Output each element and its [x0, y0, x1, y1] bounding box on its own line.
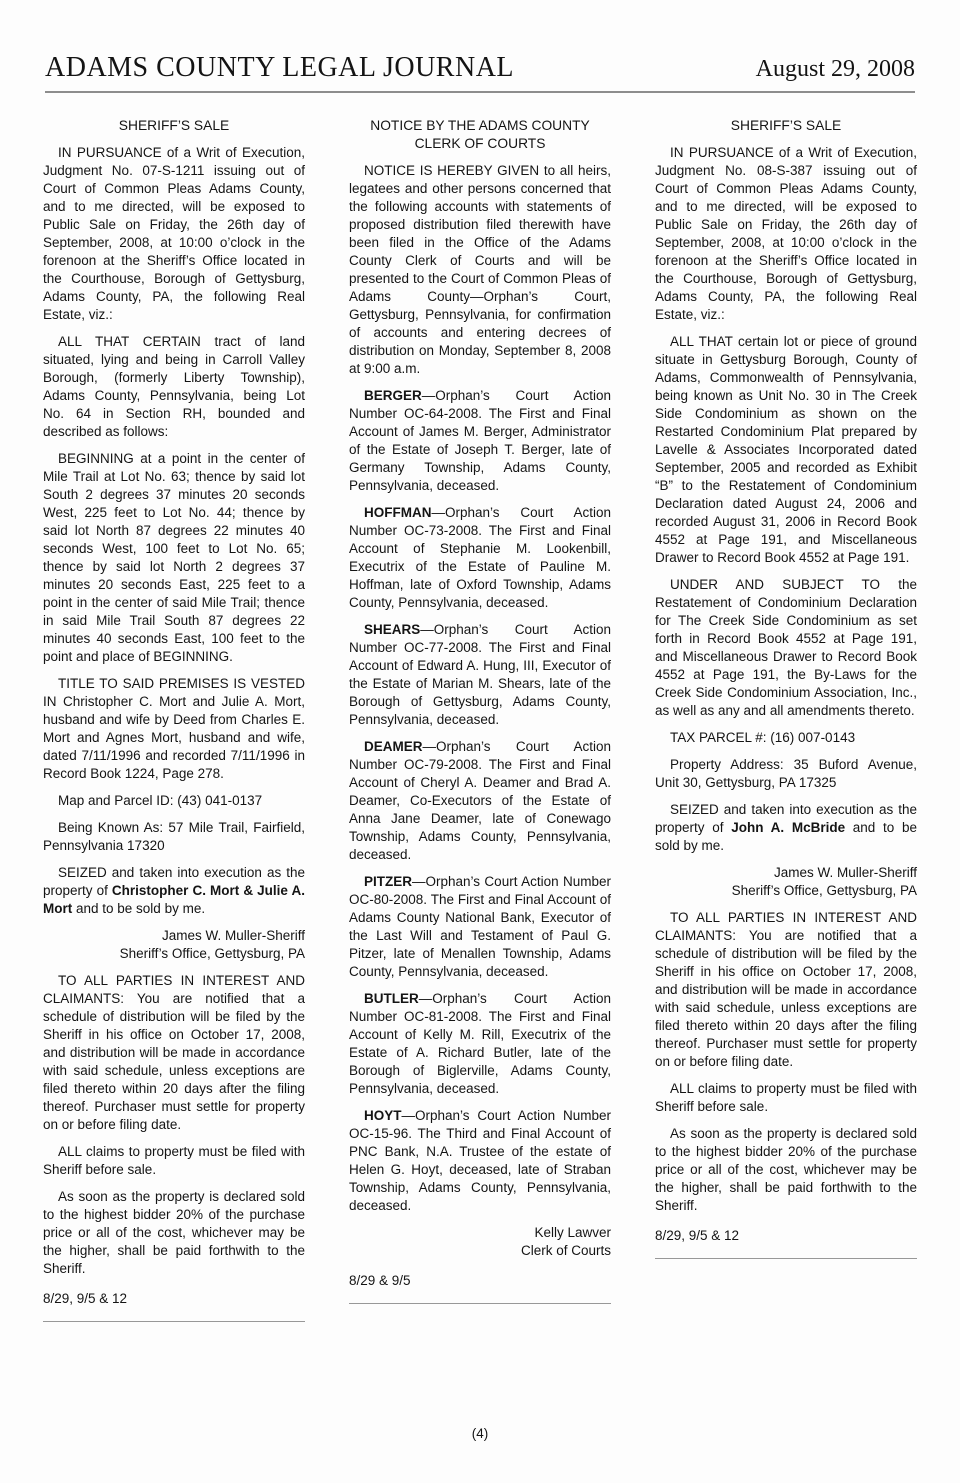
text-run: —Orphan’s Court Action Number OC-15-96. …: [349, 1108, 611, 1213]
issue-date: August 29, 2008: [756, 54, 915, 84]
text-run: TAX PARCEL #: (16) 007-0143: [670, 730, 855, 745]
text-run: —Orphan’s Court Action Number OC-64-2008…: [349, 388, 611, 493]
bidder-paragraph: As soon as the property is declared sold…: [655, 1125, 917, 1215]
text-run: TO ALL PARTIES IN INTEREST AND CLAIMANTS…: [655, 910, 917, 1069]
text-run: ALL claims to property must be filed wit…: [43, 1144, 305, 1177]
text-run: —Orphan’s Court Action Number OC-79-2008…: [349, 739, 611, 862]
bold-text: HOFFMAN: [364, 505, 432, 520]
page-header: ADAMS COUNTY LEGAL JOURNAL August 29, 20…: [0, 0, 960, 84]
estate-entry-hoyt: HOYT—Orphan’s Court Action Number OC-15-…: [349, 1107, 611, 1215]
pursuance-paragraph: IN PURSUANCE of a Writ of Execution, Jud…: [43, 144, 305, 324]
under-subject-paragraph: UNDER AND SUBJECT TO the Restatement of …: [655, 576, 917, 720]
parcel-id-paragraph: Map and Parcel ID: (43) 041-0137: [43, 792, 305, 810]
estate-entry-pitzer: PITZER—Orphan’s Court Action Number OC-8…: [349, 873, 611, 981]
text-run: IN PURSUANCE of a Writ of Execution, Jud…: [655, 145, 917, 322]
text-run: BEGINNING at a point in the center of Mi…: [43, 451, 305, 664]
text-run: Property Address: 35 Buford Avenue, Unit…: [655, 757, 917, 790]
text-line: CLERK OF COURTS: [349, 135, 611, 153]
text-line: NOTICE BY THE ADAMS COUNTY: [349, 117, 611, 135]
text-run: Being Known As: 57 Mile Trail, Fairfield…: [43, 820, 305, 853]
text-run: and to be sold by me.: [72, 901, 205, 916]
text-line: Sheriff’s Office, Gettysburg, PA: [655, 882, 917, 900]
text-run: ALL THAT CERTAIN tract of land situated,…: [43, 334, 305, 439]
bold-text: John A. McBride: [731, 820, 845, 835]
estate-entry-shears: SHEARS—Orphan’s Court Action Number OC-7…: [349, 621, 611, 729]
column-left: SHERIFF’S SALEIN PURSUANCE of a Writ of …: [43, 117, 305, 1322]
text-line: SHERIFF’S SALE: [655, 117, 917, 135]
text-line: James W. Muller-Sheriff: [43, 927, 305, 945]
estate-entry-deamer: DEAMER—Orphan’s Court Action Number OC-7…: [349, 738, 611, 864]
text-run: TO ALL PARTIES IN INTEREST AND CLAIMANTS…: [43, 973, 305, 1132]
text-run: NOTICE IS HEREBY GIVEN to all heirs, leg…: [349, 163, 611, 376]
property-description-paragraph: ALL THAT certain lot or piece of ground …: [655, 333, 917, 567]
notice-paragraph: NOTICE IS HEREBY GIVEN to all heirs, leg…: [349, 162, 611, 378]
column-end-rule: [655, 1258, 917, 1259]
claims-paragraph: ALL claims to property must be filed wit…: [43, 1143, 305, 1179]
estate-entry-hoffman: HOFFMAN—Orphan’s Court Action Number OC-…: [349, 504, 611, 612]
property-description-paragraph: ALL THAT CERTAIN tract of land situated,…: [43, 333, 305, 441]
text-run: 8/29, 9/5 & 12: [43, 1291, 127, 1306]
pursuance-paragraph: IN PURSUANCE of a Writ of Execution, Jud…: [655, 144, 917, 324]
column-middle: NOTICE BY THE ADAMS COUNTYCLERK OF COURT…: [349, 117, 611, 1322]
column-layout: SHERIFF’S SALEIN PURSUANCE of a Writ of …: [0, 93, 960, 1322]
clerk-signoff: Kelly LawverClerk of Courts: [349, 1224, 611, 1260]
bold-text: BUTLER: [364, 991, 419, 1006]
text-run: —Orphan’s Court Action Number OC-81-2008…: [349, 991, 611, 1096]
bold-text: HOYT: [364, 1108, 402, 1123]
sheriff-signoff: James W. Muller-SheriffSheriff’s Office,…: [655, 864, 917, 900]
text-line: SHERIFF’S SALE: [43, 117, 305, 135]
claims-paragraph: ALL claims to property must be filed wit…: [655, 1080, 917, 1116]
claimants-paragraph: TO ALL PARTIES IN INTEREST AND CLAIMANTS…: [43, 972, 305, 1134]
estate-entry-butler: BUTLER—Orphan’s Court Action Number OC-8…: [349, 990, 611, 1098]
text-run: 8/29, 9/5 & 12: [655, 1228, 739, 1243]
text-line: Clerk of Courts: [349, 1242, 611, 1260]
bold-text: SHEARS: [364, 622, 420, 637]
title-paragraph: TITLE TO SAID PREMISES IS VESTED IN Chri…: [43, 675, 305, 783]
column-right: SHERIFF’S SALEIN PURSUANCE of a Writ of …: [655, 117, 917, 1322]
bold-text: PITZER: [364, 874, 412, 889]
sheriff-signoff: James W. Muller-SheriffSheriff’s Office,…: [43, 927, 305, 963]
publication-dates: 8/29, 9/5 & 12: [655, 1227, 917, 1245]
sheriffs-sale-heading: SHERIFF’S SALE: [655, 117, 917, 135]
claimants-paragraph: TO ALL PARTIES IN INTEREST AND CLAIMANTS…: [655, 909, 917, 1071]
publication-dates: 8/29, 9/5 & 12: [43, 1290, 305, 1308]
text-line: Sheriff’s Office, Gettysburg, PA: [43, 945, 305, 963]
text-run: UNDER AND SUBJECT TO the Restatement of …: [655, 577, 917, 718]
text-line: James W. Muller-Sheriff: [655, 864, 917, 882]
page-number: (4): [0, 1426, 960, 1441]
text-run: ALL THAT certain lot or piece of ground …: [655, 334, 917, 565]
text-run: —Orphan’s Court Action Number OC-73-2008…: [349, 505, 611, 610]
known-as-paragraph: Being Known As: 57 Mile Trail, Fairfield…: [43, 819, 305, 855]
text-run: Map and Parcel ID: (43) 041-0137: [58, 793, 262, 808]
text-run: —Orphan’s Court Action Number OC-77-2008…: [349, 622, 611, 727]
bold-text: BERGER: [364, 388, 422, 403]
bidder-paragraph: As soon as the property is declared sold…: [43, 1188, 305, 1278]
text-run: As soon as the property is declared sold…: [655, 1126, 917, 1213]
property-address-paragraph: Property Address: 35 Buford Avenue, Unit…: [655, 756, 917, 792]
seized-paragraph: SEIZED and taken into execution as the p…: [655, 801, 917, 855]
clerk-notice-heading: NOTICE BY THE ADAMS COUNTYCLERK OF COURT…: [349, 117, 611, 153]
text-run: IN PURSUANCE of a Writ of Execution, Jud…: [43, 145, 305, 322]
seized-paragraph: SEIZED and taken into execution as the p…: [43, 864, 305, 918]
estate-entry-berger: BERGER—Orphan’s Court Action Number OC-6…: [349, 387, 611, 495]
text-run: 8/29 & 9/5: [349, 1273, 411, 1288]
text-run: ALL claims to property must be filed wit…: [655, 1081, 917, 1114]
journal-page: ADAMS COUNTY LEGAL JOURNAL August 29, 20…: [0, 0, 960, 1483]
journal-title: ADAMS COUNTY LEGAL JOURNAL: [45, 53, 514, 83]
column-end-rule: [43, 1321, 305, 1322]
publication-dates: 8/29 & 9/5: [349, 1272, 611, 1290]
sheriffs-sale-heading: SHERIFF’S SALE: [43, 117, 305, 135]
text-run: TITLE TO SAID PREMISES IS VESTED IN Chri…: [43, 676, 305, 781]
tax-parcel-paragraph: TAX PARCEL #: (16) 007-0143: [655, 729, 917, 747]
text-line: Kelly Lawver: [349, 1224, 611, 1242]
text-run: —Orphan’s Court Action Number OC-80-2008…: [349, 874, 611, 979]
text-run: As soon as the property is declared sold…: [43, 1189, 305, 1276]
metes-bounds-paragraph: BEGINNING at a point in the center of Mi…: [43, 450, 305, 666]
bold-text: DEAMER: [364, 739, 423, 754]
column-end-rule: [349, 1303, 611, 1304]
